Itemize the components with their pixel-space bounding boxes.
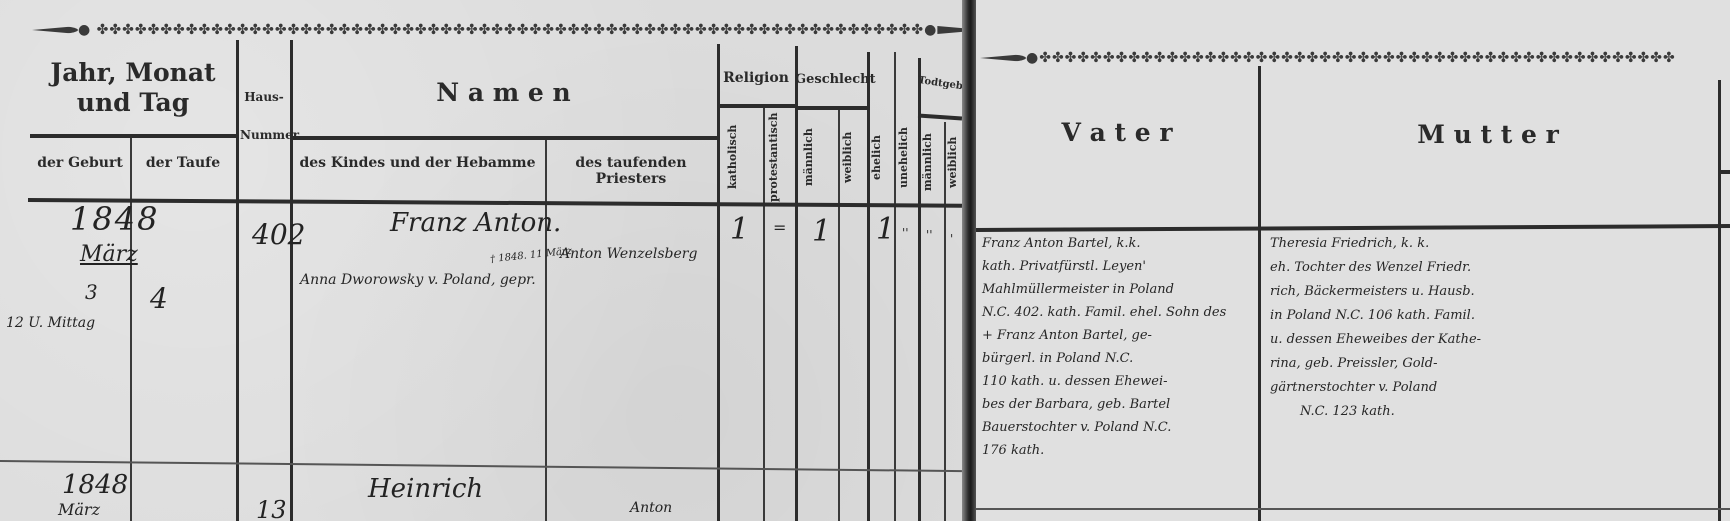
header-priest: des taufenden Priesters [545,155,717,187]
entry-child-name: Franz Anton. [390,208,561,238]
column-divider [236,40,239,521]
pen-nib-ornament-icon [32,26,78,34]
mother-line: Theresia Friedrich, k. k. [1270,232,1710,256]
father-line: Franz Anton Bartel, k.k. [982,232,1256,255]
header-bottom-rule [976,224,1730,232]
entry-month: März [58,500,100,519]
header-house-number: Haus-Nummer [240,78,288,154]
entry-stillborn-male-mark: '' [926,228,933,242]
ornamental-border-top-right: ●✤✤✤✤✤✤✤✤✤✤✤✤✤✤✤✤✤✤✤✤✤✤✤✤✤✤✤✤✤✤✤✤✤✤✤✤✤✤✤… [980,50,1730,66]
entry-legitimate-mark: 1 [876,212,895,247]
mother-line: rina, geb. Preissler, Gold- [1270,352,1710,376]
column-divider [1718,80,1721,521]
entry-protestant-mark: = [773,218,786,237]
header-baptism: der Taufe [130,155,236,171]
entry-priest: Anton [630,500,672,516]
entry-year: 1848 [70,200,159,238]
column-divider [894,52,896,521]
header-illegitimate: unehelich [897,112,917,202]
header-rule [1718,170,1730,174]
column-divider [717,44,720,521]
father-line: 110 kath. u. dessen Ehewei- [982,370,1256,393]
entry-catholic-mark: 1 [730,212,749,247]
father-line: + Franz Anton Bartel, ge- [982,324,1256,347]
right-register-page: ●✤✤✤✤✤✤✤✤✤✤✤✤✤✤✤✤✤✤✤✤✤✤✤✤✤✤✤✤✤✤✤✤✤✤✤✤✤✤✤… [976,0,1730,521]
entry-house-number: 402 [252,218,305,251]
column-divider [545,138,547,521]
header-religion: Religion [717,70,795,86]
father-line: bürgerl. in Poland N.C. [982,347,1256,370]
column-divider [130,136,132,521]
mother-line: in Poland N.C. 106 kath. Famil. [1270,304,1710,328]
column-divider [290,40,293,521]
entry-priest: Anton Wenzelsberg [560,238,710,270]
header-child-midwife: des Kindes und der Hebamme [290,155,545,171]
father-line: 176 kath. [982,439,1256,462]
header-rule [290,136,717,140]
header-legitimate: ehelich [870,112,892,202]
header-rule [30,134,236,138]
entry-father-details: Franz Anton Bartel, k.k. kath. Privatfür… [982,232,1256,462]
entry-stillborn-female-mark: ' [950,232,953,246]
pen-nib-ornament-icon [980,54,1026,62]
entry-illegitimate-mark: '' [902,226,909,240]
header-catholic: katholisch [726,112,754,202]
ornamental-border-top-left: ● ✤✤✤✤✤✤✤✤✤✤✤✤✤✤✤✤✤✤✤✤✤✤✤✤✤✤✤✤✤✤✤✤✤✤✤✤✤✤… [32,22,962,38]
mother-line: u. dessen Eheweibes der Kathe- [1270,328,1710,352]
entry-child-name: Heinrich [368,474,483,504]
header-names-group: N a m e n [290,78,717,108]
header-rule [717,104,795,108]
header-stillborn-female: weiblich [946,122,962,202]
pen-nib-ornament-icon [937,26,962,34]
header-birth: der Geburt [30,155,130,171]
header-male: männlich [802,112,832,202]
column-divider [763,108,765,521]
entry-separator [976,508,1730,510]
header-female: weiblich [841,112,865,202]
mother-line: gärtnerstochter v. Poland [1270,376,1710,400]
mother-line: rich, Bäckermeisters u. Hausb. [1270,280,1710,304]
entry-month: März [80,242,138,267]
mother-line: N.C. 123 kath. [1270,400,1710,424]
entry-birth-time: 12 U. Mittag [6,315,95,331]
father-line: Mahlmüllermeister in Poland [982,278,1256,301]
header-mother: M u t t e r [1258,120,1718,150]
header-rule [918,113,962,120]
entry-baptism-day: 4 [150,282,168,315]
left-register-page: ● ✤✤✤✤✤✤✤✤✤✤✤✤✤✤✤✤✤✤✤✤✤✤✤✤✤✤✤✤✤✤✤✤✤✤✤✤✤✤… [0,0,968,521]
father-line: bes der Barbara, geb. Bartel [982,393,1256,416]
header-date-group: Jahr, Monat und Tag [30,58,236,118]
header-father: V a t e r [976,118,1258,148]
mother-line: eh. Tochter des Wenzel Friedr. [1270,256,1710,280]
header-protestant: protestantisch [767,112,793,202]
father-line: Bauerstochter v. Poland N.C. [982,416,1256,439]
entry-male-mark: 1 [812,214,831,249]
father-line: kath. Privatfürstl. Leyen' [982,255,1256,278]
header-rule [795,106,867,110]
header-stillborn-male: männlich [921,122,941,202]
father-line: N.C. 402. kath. Famil. ehel. Sohn des [982,301,1256,324]
column-divider [838,108,840,521]
entry-mother-details: Theresia Friedrich, k. k. eh. Tochter de… [1270,232,1710,424]
entry-midwife: Anna Dworowsky v. Poland, gepr. [300,266,540,294]
entry-separator [0,460,962,472]
header-sex: Geschlecht [795,72,867,87]
entry-year: 1848 [62,470,128,500]
column-divider [795,46,798,521]
entry-house-number: 13 [256,496,287,521]
entry-birth-day: 3 [85,280,98,304]
header-stillborn: Todtgeb. [917,75,962,92]
